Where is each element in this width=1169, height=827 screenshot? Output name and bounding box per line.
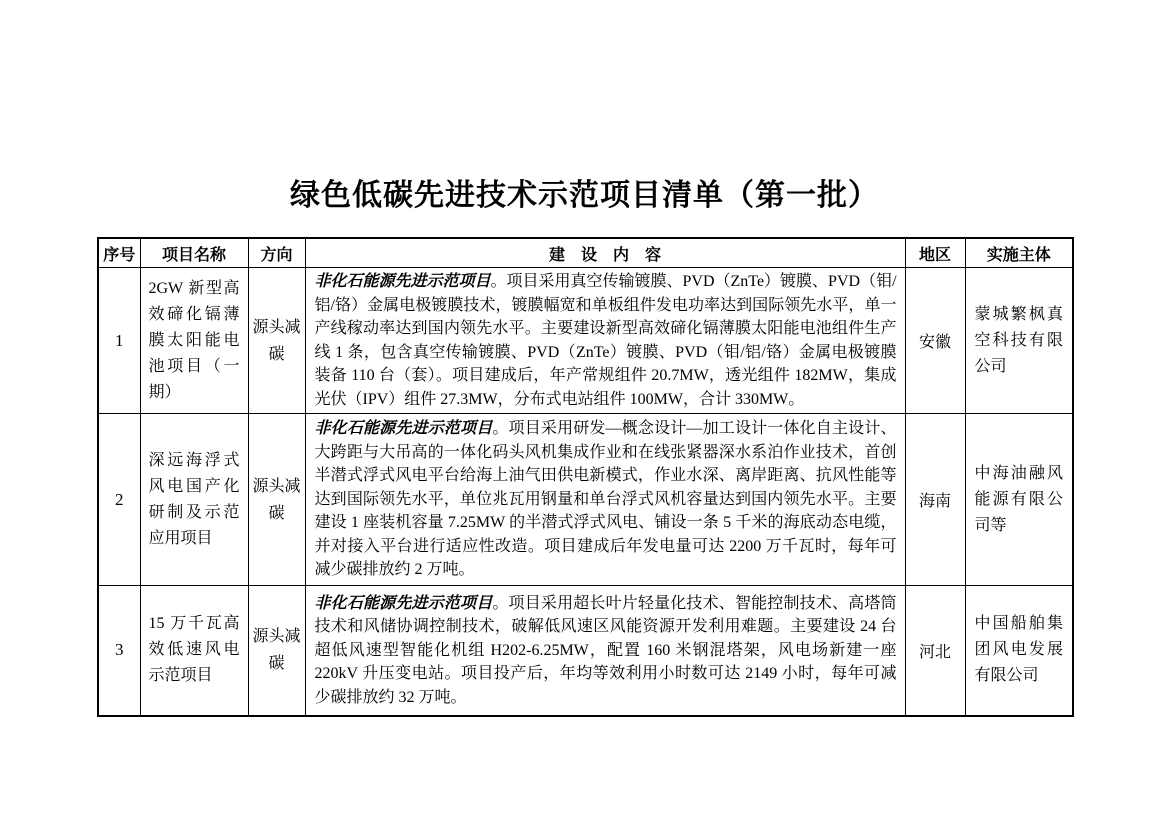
cell-region: 海南 [905,414,965,586]
table-row: 2 深远海浮式风电国产化研制及示范应用项目 源头减碳 非化石能源先进示范项目。项… [98,414,1073,586]
content-lead-label: 非化石能源先进示范项目 [315,420,493,437]
cell-content: 非化石能源先进示范项目。项目采用超长叶片轻量化技术、智能控制技术、高塔筒技术和风… [305,586,905,716]
cell-content: 非化石能源先进示范项目。项目采用真空传输镀膜、PVD（ZnTe）镀膜、PVD（钼… [305,268,905,414]
cell-project-name: 15 万千瓦高效低速风电示范项目 [140,586,248,716]
content-body-text: 。项目采用研发—概念设计—加工设计一体化自主设计、大跨距与大吊高的一体化码头风机… [315,420,897,578]
cell-index: 2 [98,414,140,586]
cell-project-name: 深远海浮式风电国产化研制及示范应用项目 [140,414,248,586]
document-page: 绿色低碳先进技术示范项目清单（第一批） 序号 项目名称 方向 建 设 内 容 地… [0,0,1169,827]
cell-region: 安徽 [905,268,965,414]
header-region: 地区 [905,238,965,268]
cell-entity: 蒙城繁枫真空科技有限公司 [965,268,1073,414]
header-entity: 实施主体 [965,238,1073,268]
content-body-text: 。项目采用真空传输镀膜、PVD（ZnTe）镀膜、PVD（钼/铝/铬）金属电极镀膜… [315,273,897,408]
cell-direction: 源头减碳 [248,414,305,586]
cell-index: 3 [98,586,140,716]
projects-table: 序号 项目名称 方向 建 设 内 容 地区 实施主体 1 2GW 新型高效碲化镉… [97,237,1074,717]
cell-content: 非化石能源先进示范项目。项目采用研发—概念设计—加工设计一体化自主设计、大跨距与… [305,414,905,586]
header-project-name: 项目名称 [140,238,248,268]
cell-project-name: 2GW 新型高效碲化镉薄膜太阳能电池项目（一期） [140,268,248,414]
page-title: 绿色低碳先进技术示范项目清单（第一批） [0,170,1169,214]
header-content: 建 设 内 容 [305,238,905,268]
cell-entity: 中国船舶集团风电发展有限公司 [965,586,1073,716]
cell-direction: 源头减碳 [248,586,305,716]
table-row: 3 15 万千瓦高效低速风电示范项目 源头减碳 非化石能源先进示范项目。项目采用… [98,586,1073,716]
table-row: 1 2GW 新型高效碲化镉薄膜太阳能电池项目（一期） 源头减碳 非化石能源先进示… [98,268,1073,414]
content-lead-label: 非化石能源先进示范项目 [315,595,493,612]
header-index: 序号 [98,238,140,268]
cell-direction: 源头减碳 [248,268,305,414]
table-header-row: 序号 项目名称 方向 建 设 内 容 地区 实施主体 [98,238,1073,268]
cell-region: 河北 [905,586,965,716]
content-lead-label: 非化石能源先进示范项目 [315,273,491,290]
cell-index: 1 [98,268,140,414]
cell-entity: 中海油融风能源有限公司等 [965,414,1073,586]
header-direction: 方向 [248,238,305,268]
